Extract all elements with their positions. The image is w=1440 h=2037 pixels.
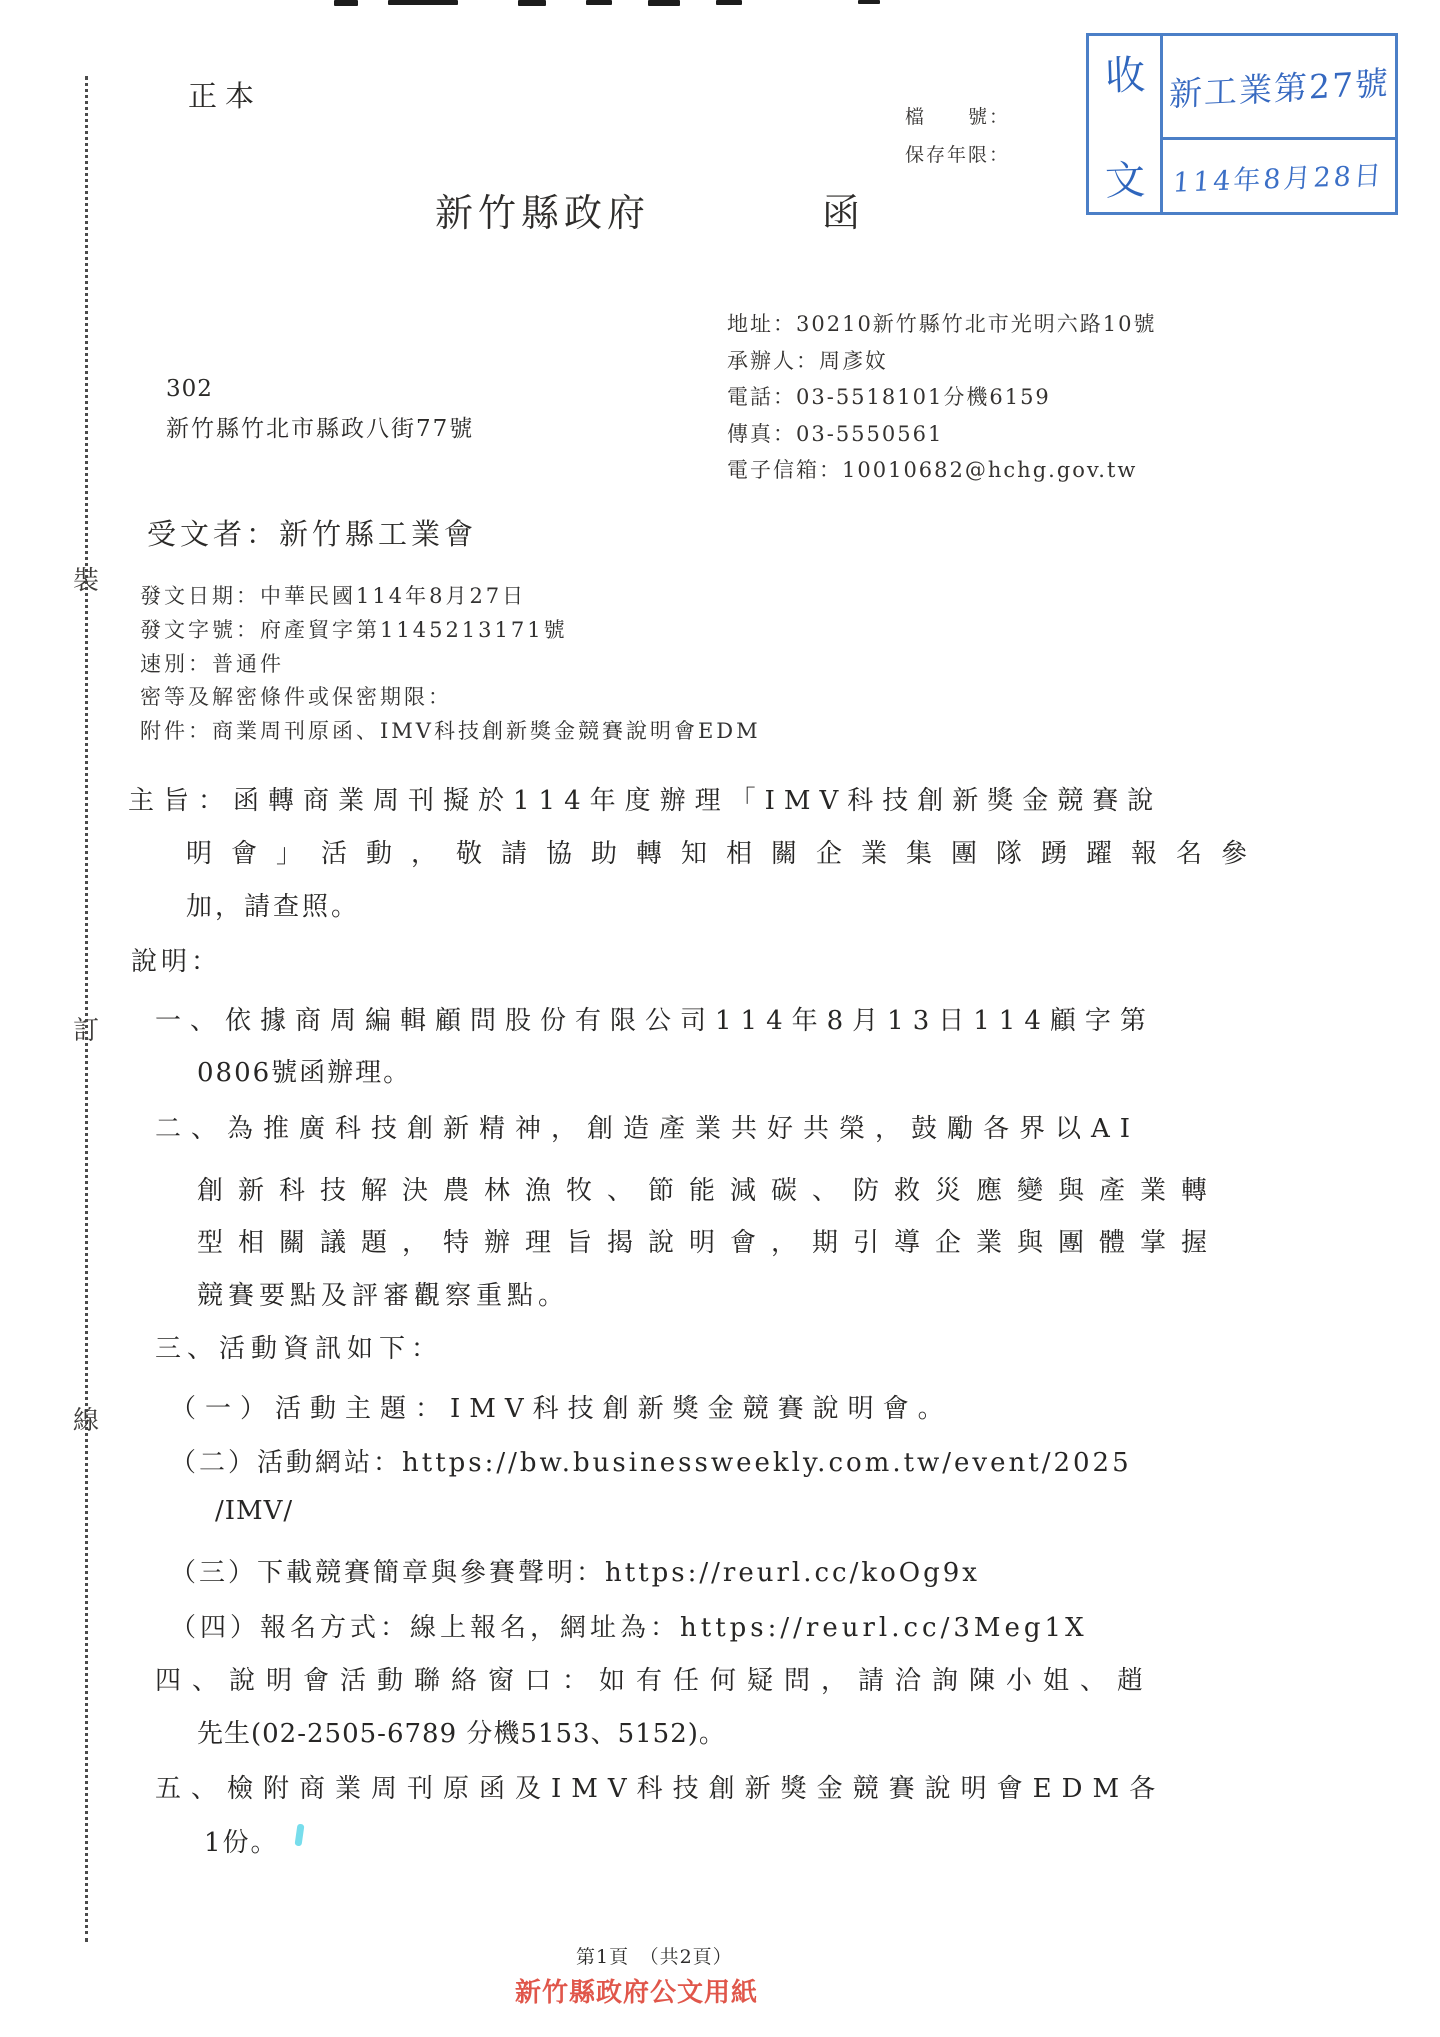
- body-line-explanation-label: 說明：: [131, 941, 221, 978]
- body-line-item3-sub4-url: （四）報名方式：線上報名，網址為：https://reurl.cc/3Meg1X: [170, 1607, 1088, 1644]
- official-paper-footer: 新竹縣政府公文用紙: [515, 1972, 758, 2009]
- receive-stamp-doc-number: 新工業第27號: [1168, 57, 1390, 116]
- body-line-subject-3: 加，請查照。: [186, 886, 360, 923]
- binding-label-xian: 線: [70, 1400, 102, 1437]
- speed-class-line: 速別：普通件: [140, 648, 761, 682]
- body-line-item2-1: 二、為推廣科技創新精神，創造產業共好共榮，鼓勵各界以AI: [155, 1108, 1140, 1145]
- receive-stamp-char-wen: 文: [1104, 148, 1146, 206]
- body-line-item4-2: 先生(02-2505-6789 分機5153、5152)。: [197, 1713, 726, 1750]
- recipient-zip: 302: [166, 376, 213, 402]
- body-line-subject-1: 主旨：函轉商業周刊擬於114年度辦理「IMV科技創新獎金競賽說: [128, 780, 1162, 817]
- scan-artifact: [586, 0, 612, 5]
- receive-stamp-docno-row: 新工業第27號: [1163, 36, 1395, 140]
- agency-address-line: 地址：30210新竹縣竹北市光明六路10號: [727, 306, 1157, 343]
- page-number-footer: 第1頁 （共2頁）: [576, 1942, 733, 1969]
- security-class-line: 密等及解密條件或保密期限：: [140, 681, 761, 715]
- body-line-item1-2: 0806號函辦理。: [197, 1052, 411, 1089]
- agency-fax-line: 傳真：03-5550561: [727, 416, 1157, 453]
- scan-artifact: [388, 0, 458, 5]
- body-line-item3-sub2-url-cont: /IMV/: [215, 1496, 293, 1526]
- scan-artifact: [334, 0, 358, 6]
- scan-artifact: [648, 0, 680, 6]
- binding-label-zhuang: 裝: [70, 560, 102, 597]
- issue-date-line: 發文日期：中華民國114年8月27日: [140, 580, 761, 614]
- issue-number-line: 發文字號：府產貿字第1145213171號: [140, 614, 761, 648]
- document-meta-block: 發文日期：中華民國114年8月27日 發文字號：府產貿字第1145213171號…: [140, 580, 761, 749]
- retention-period-label: 保存年限：: [905, 136, 1010, 174]
- body-line-item2-3: 型相關議題，特辦理旨揭說明會，期引導企業與團體掌握: [197, 1222, 1222, 1259]
- document-title: 新竹縣政府 函: [435, 182, 865, 237]
- body-line-item5-1: 五、檢附商業周刊原函及IMV科技創新獎金競賽說明會EDM各: [155, 1768, 1165, 1805]
- agency-email-line: 電子信箱：10010682@hchg.gov.tw: [727, 452, 1157, 489]
- body-line-item3-sub3-url: （三）下載競賽簡章與參賽聲明：https://reurl.cc/koOg9x: [170, 1552, 980, 1589]
- scanned-official-letter-page: 裝 訂 線 正本 檔 號： 保存年限： 收 文 新工業第27號 114年8月28…: [0, 0, 1440, 2037]
- file-number-label: 檔 號：: [905, 98, 1010, 136]
- attachment-line: 附件：商業周刊原函、IMV科技創新獎金競賽說明會EDM: [140, 715, 761, 749]
- body-line-item1-1: 一、依據商周編輯顧問股份有限公司114年8月13日114顧字第: [155, 1000, 1155, 1037]
- receive-stamp-date-row: 114年8月28日: [1163, 140, 1395, 212]
- body-line-item5-2: 1份。: [204, 1822, 279, 1859]
- receive-stamp-right-cell: 新工業第27號 114年8月28日: [1163, 36, 1395, 212]
- agency-phone-line: 電話：03-5518101分機6159: [727, 379, 1157, 416]
- body-line-item2-2: 創新科技解決農林漁牧、節能減碳、防救災應變與產業轉: [197, 1170, 1222, 1207]
- copy-type-label: 正本: [188, 74, 262, 115]
- receive-stamp-date: 114年8月28日: [1172, 153, 1386, 199]
- body-line-item3: 三、活動資訊如下：: [155, 1328, 443, 1365]
- scan-artifact: [858, 0, 880, 4]
- body-line-subject-2: 明會」活動，敬請協助轉知相關企業集團隊踴躍報名參: [186, 833, 1266, 870]
- recipient-line: 受文者：新竹縣工業會: [147, 512, 477, 553]
- body-line-item3-sub1: （一）活動主題：IMV科技創新獎金競賽說明會。: [170, 1388, 953, 1425]
- receive-stamp-char-shou: 收: [1104, 43, 1146, 101]
- recipient-street: 新竹縣竹北市縣政八街77號: [166, 410, 474, 443]
- scan-artifact: [518, 0, 546, 6]
- body-line-item2-4: 競賽要點及評審觀察重點。: [197, 1275, 569, 1312]
- receive-stamp-left-cell: 收 文: [1089, 36, 1163, 212]
- scan-artifact: [716, 0, 742, 5]
- binding-label-ding: 訂: [70, 1010, 102, 1047]
- agency-contact-person-line: 承辦人：周彥妏: [727, 343, 1157, 380]
- pen-mark-artifact: [295, 1824, 305, 1847]
- agency-contact-block: 地址：30210新竹縣竹北市光明六路10號 承辦人：周彥妏 電話：03-5518…: [727, 306, 1157, 489]
- binding-dotted-line: [85, 76, 88, 1942]
- body-line-item3-sub2-url: （二）活動網站：https://bw.businessweekly.com.tw…: [170, 1442, 1132, 1479]
- file-number-block: 檔 號： 保存年限：: [905, 98, 1010, 174]
- receive-stamp: 收 文 新工業第27號 114年8月28日: [1086, 33, 1398, 215]
- body-line-item4-1: 四、說明會活動聯絡窗口：如有任何疑問，請洽詢陳小姐、趙: [155, 1660, 1154, 1697]
